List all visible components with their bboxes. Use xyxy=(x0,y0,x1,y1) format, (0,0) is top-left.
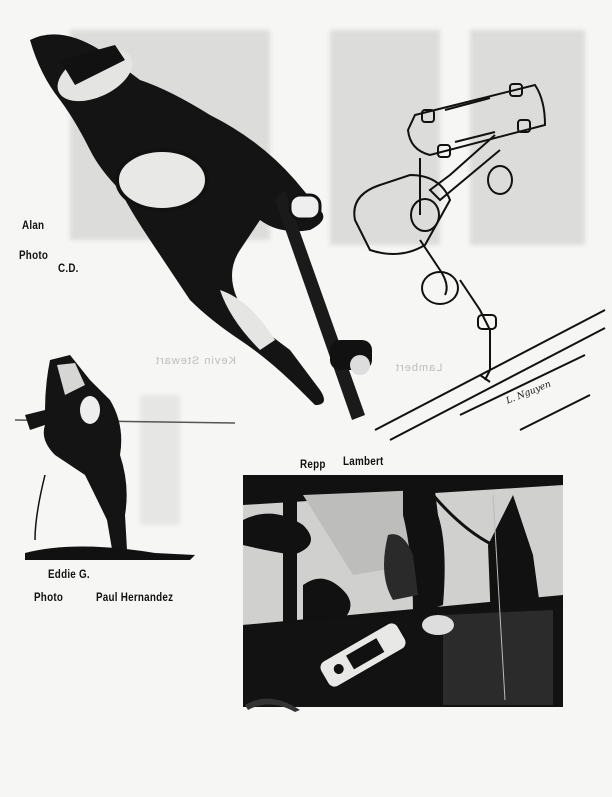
caption-repp-first: Repp xyxy=(300,457,326,471)
caption-alan-name: Alan xyxy=(22,218,44,232)
line-drawing xyxy=(340,70,610,450)
caption-alan-photo-label: Photo xyxy=(19,248,48,262)
caption-eddie-credit: Paul Hernandez xyxy=(96,590,173,604)
caption-eddie-name: Eddie G. xyxy=(48,567,90,581)
repp-photo xyxy=(243,475,563,707)
caption-repp-last: Lambert xyxy=(343,454,384,468)
caption-eddie-photo-label: Photo xyxy=(34,590,63,604)
board-edge-fragment xyxy=(240,690,310,720)
zine-page: Kevin Stewart Lambert Alan Photo C.D. xyxy=(0,0,612,797)
caption-alan-credit: C.D. xyxy=(58,261,79,275)
eddie-photo xyxy=(15,355,240,565)
